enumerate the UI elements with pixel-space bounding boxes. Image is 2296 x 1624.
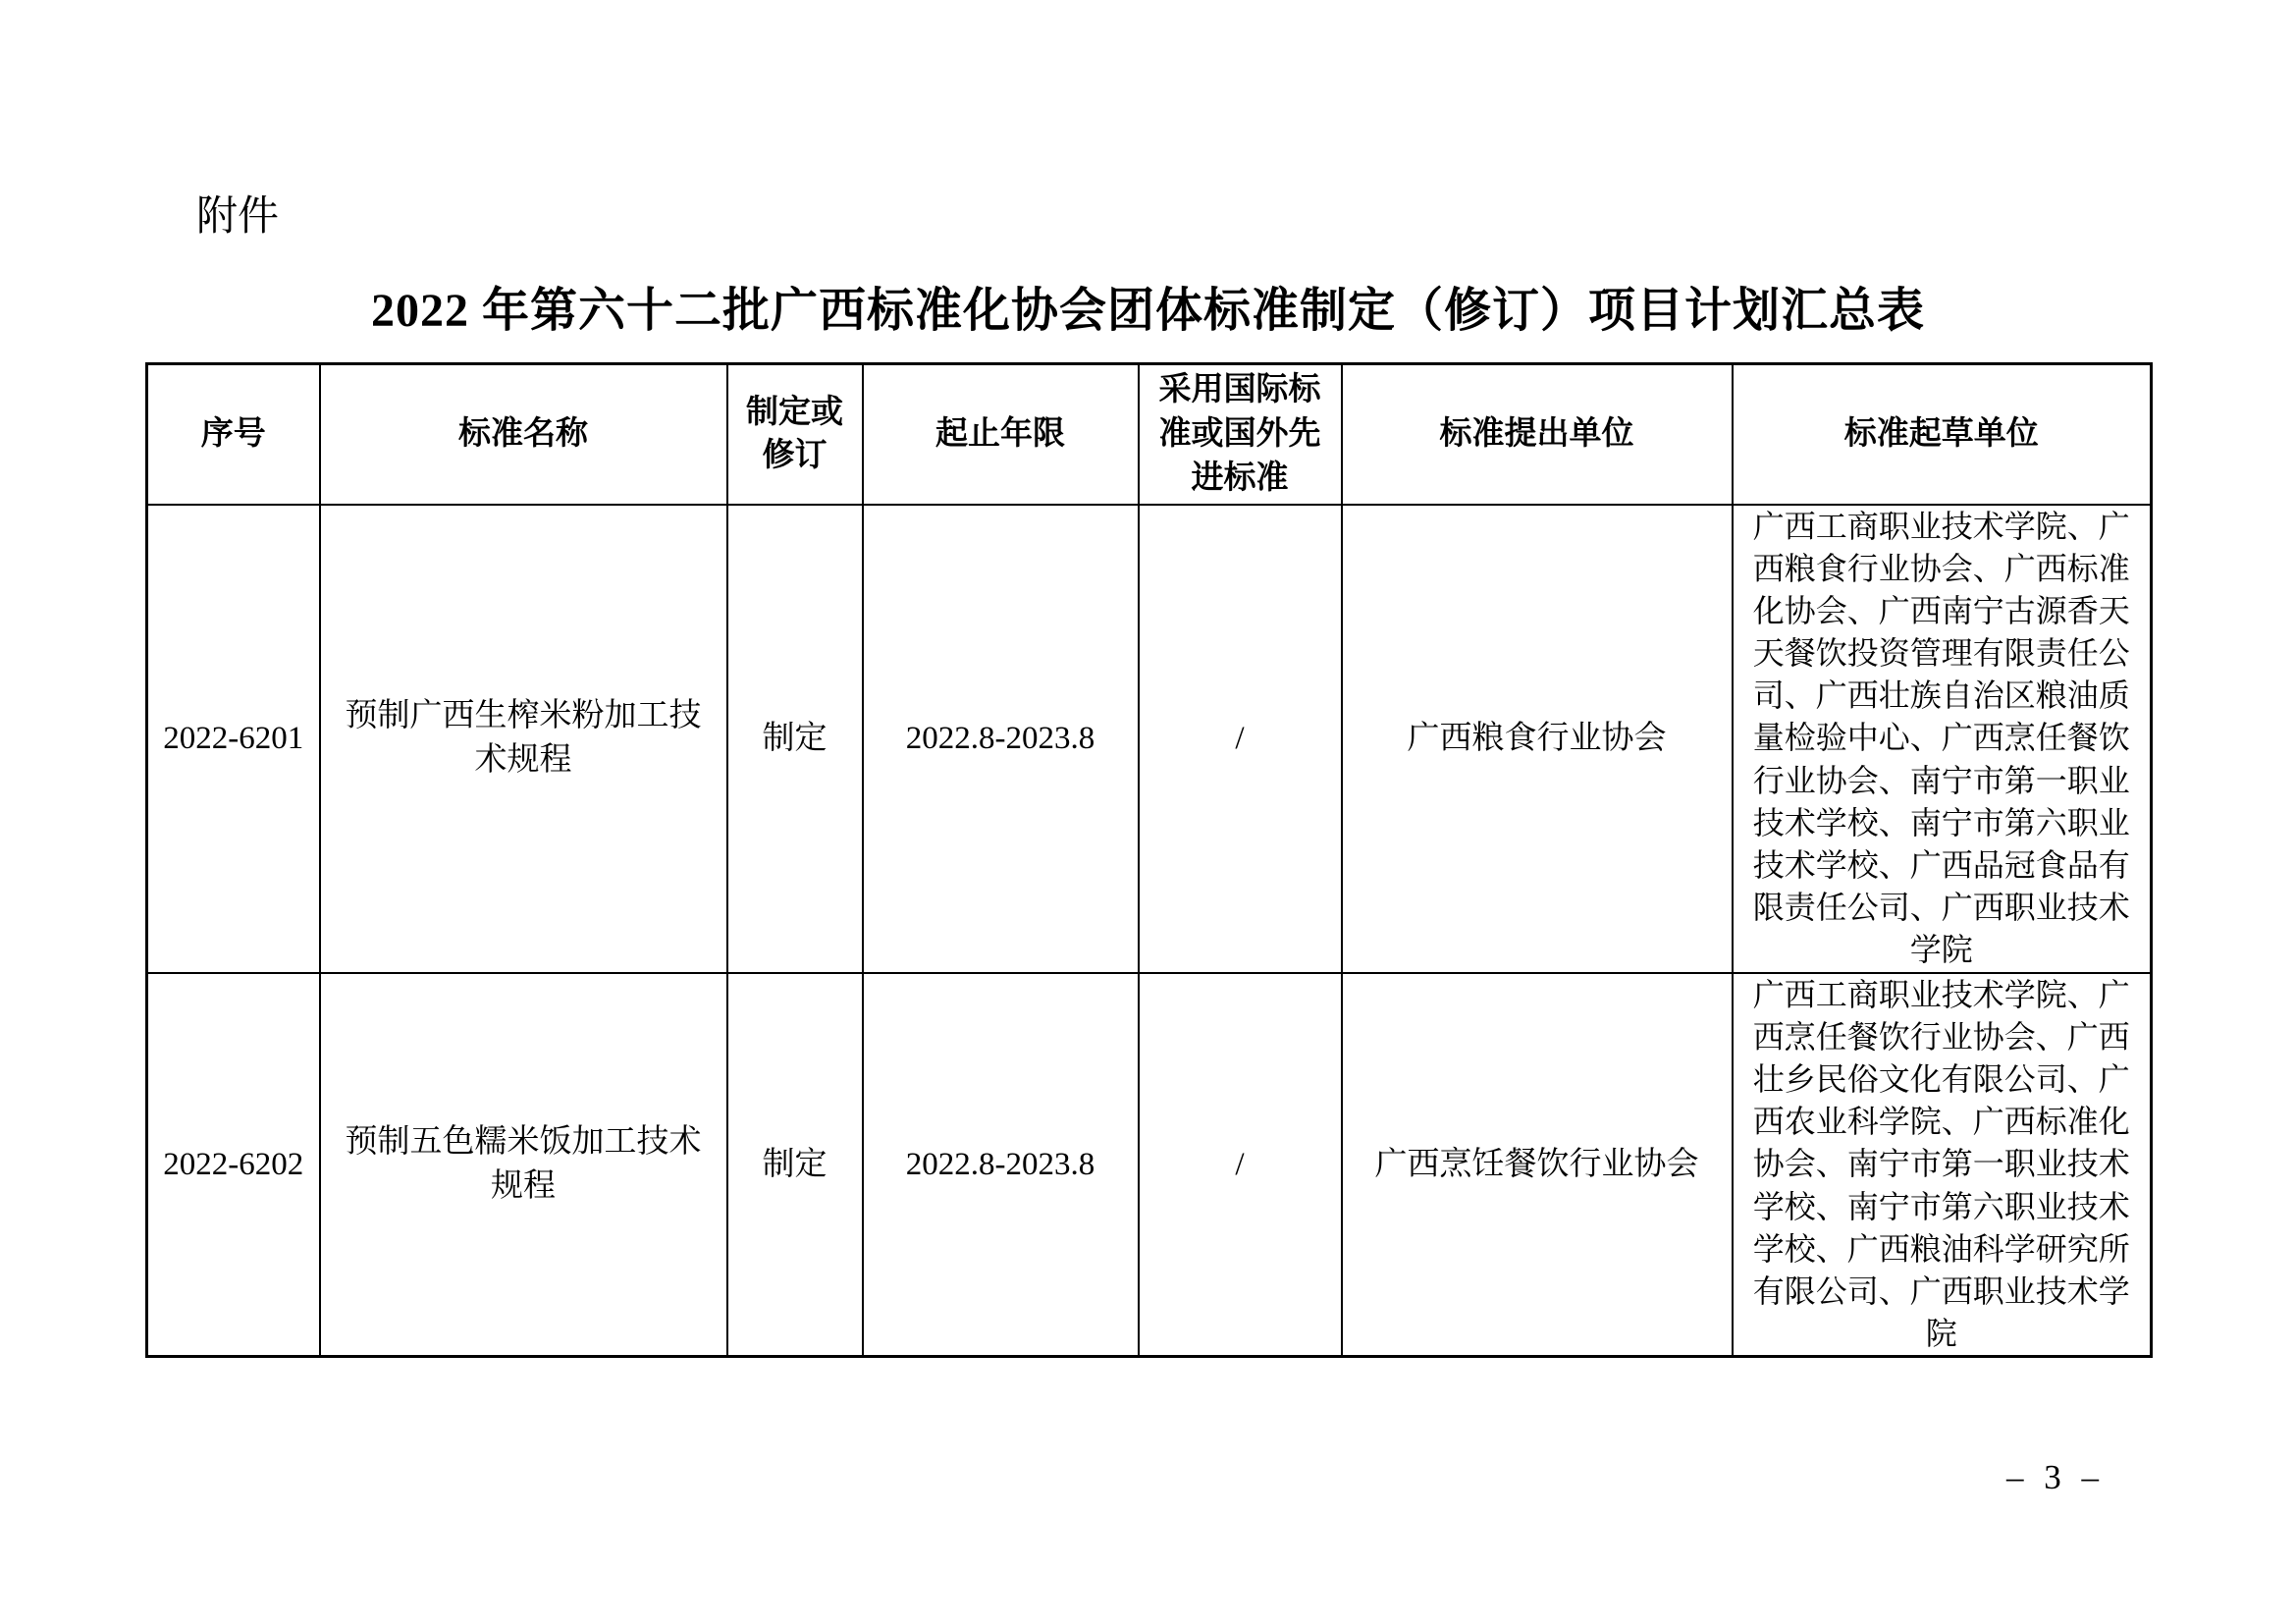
table-header: 序号 标准名称 制定或修订 起止年限 采用国际标准或国外先进标准 标准提出单位 …: [147, 364, 2152, 505]
cell-intl-standard: /: [1139, 973, 1342, 1357]
page-title: 2022 年第六十二批广西标准化协会团体标准制定（修订）项目计划汇总表: [0, 283, 2296, 340]
cell-standard-name: 预制广西生榨米粉加工技术规程: [320, 505, 727, 973]
cell-drafters: 广西工商职业技术学院、广西粮食行业协会、广西标准化协会、广西南宁古源香天天餐饮投…: [1733, 505, 2152, 973]
table-body: 2022-6201 预制广西生榨米粉加工技术规程 制定 2022.8-2023.…: [147, 505, 2152, 1357]
cell-type: 制定: [727, 505, 863, 973]
cell-standard-name: 预制五色糯米饭加工技术规程: [320, 973, 727, 1357]
cell-serial: 2022-6202: [147, 973, 320, 1357]
cell-period: 2022.8-2023.8: [863, 505, 1139, 973]
header-standard-name: 标准名称: [320, 364, 727, 505]
cell-proposer: 广西粮食行业协会: [1342, 505, 1733, 973]
cell-intl-standard: /: [1139, 505, 1342, 973]
summary-table: 序号 标准名称 制定或修订 起止年限 采用国际标准或国外先进标准 标准提出单位 …: [145, 362, 2153, 1358]
header-type: 制定或修订: [727, 364, 863, 505]
cell-period: 2022.8-2023.8: [863, 973, 1139, 1357]
cell-proposer: 广西烹饪餐饮行业协会: [1342, 973, 1733, 1357]
table-row: 2022-6201 预制广西生榨米粉加工技术规程 制定 2022.8-2023.…: [147, 505, 2152, 973]
table-row: 2022-6202 预制五色糯米饭加工技术规程 制定 2022.8-2023.8…: [147, 973, 2152, 1357]
header-period: 起止年限: [863, 364, 1139, 505]
header-proposer: 标准提出单位: [1342, 364, 1733, 505]
cell-type: 制定: [727, 973, 863, 1357]
header-drafters: 标准起草单位: [1733, 364, 2152, 505]
header-intl-standard: 采用国际标准或国外先进标准: [1139, 364, 1342, 505]
cell-drafters: 广西工商职业技术学院、广西烹任餐饮行业协会、广西壮乡民俗文化有限公司、广西农业科…: [1733, 973, 2152, 1357]
page-number: – 3 –: [2006, 1458, 2105, 1497]
header-row: 序号 标准名称 制定或修订 起止年限 采用国际标准或国外先进标准 标准提出单位 …: [147, 364, 2152, 505]
attachment-label: 附件: [196, 192, 279, 242]
header-serial: 序号: [147, 364, 320, 505]
cell-serial: 2022-6201: [147, 505, 320, 973]
